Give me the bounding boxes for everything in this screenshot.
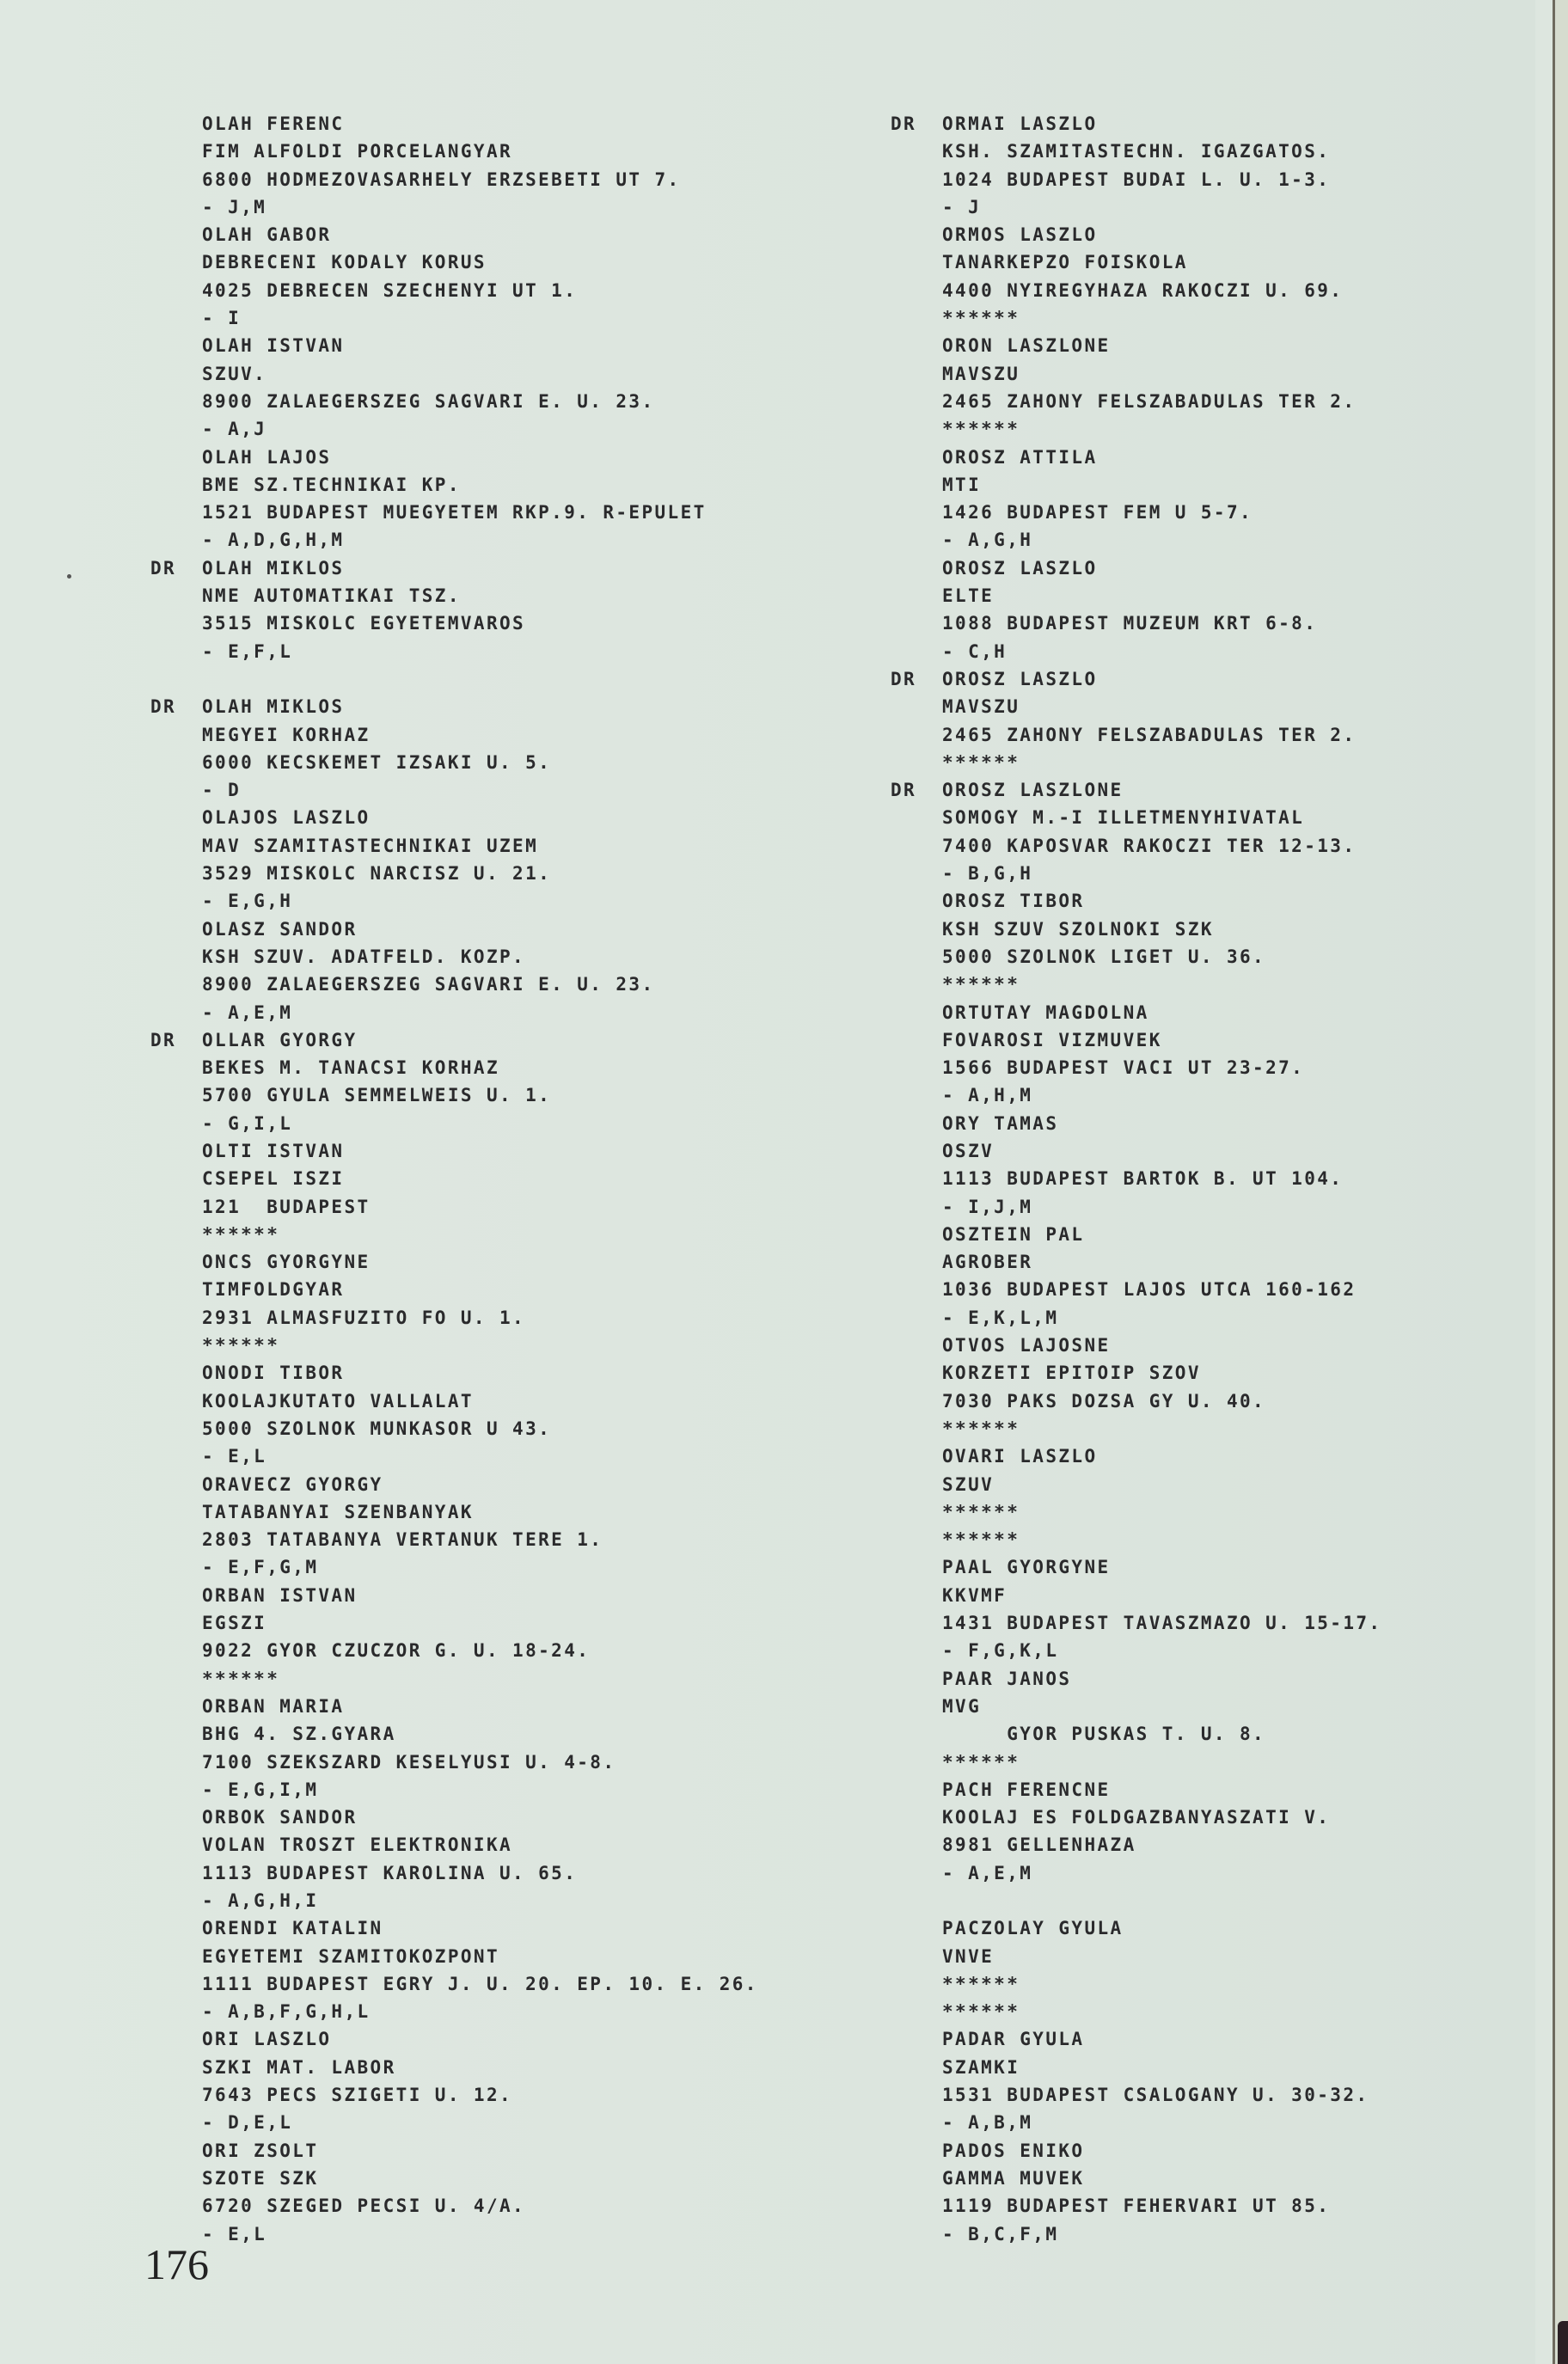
entry-name-line: OSZTEIN PAL (891, 1221, 1381, 1248)
entry-organization-line: FOVAROSI VIZMUVEK (891, 1026, 1381, 1054)
entry-organization-line: KSH SZUV SZOLNOKI SZK (891, 916, 1381, 943)
entry-codes: - A,B,M (942, 2109, 1032, 2136)
entry-codes: - A,E,M (942, 1859, 1032, 1887)
entry-organization: TIMFOLDGYAR (202, 1276, 344, 1303)
entry-address-line: 1426 BUDAPEST FEM U 5-7. (891, 499, 1381, 526)
entry-address-line: 4400 NYIREGYHAZA RAKOCZI U. 69. (891, 277, 1381, 304)
entry-codes-line: ****** (150, 1221, 758, 1248)
title-prefix: DR (891, 776, 942, 804)
entry-organization-line: TANARKEPZO FOISKOLA (891, 248, 1381, 276)
entry-name: OLAH MIKLOS (202, 693, 344, 720)
entry-organization: KSH SZUV SZOLNOKI SZK (942, 916, 1214, 943)
entry-address: 8900 ZALAEGERSZEG SAGVARI E. U. 23. (202, 971, 655, 998)
directory-entry: OLAH FERENCFIM ALFOLDI PORCELANGYAR6800 … (150, 110, 758, 221)
entry-organization-line: VOLAN TROSZT ELEKTRONIKA (150, 1831, 758, 1859)
directory-entry: OTVOS LAJOSNEKORZETI EPITOIP SZOV7030 PA… (891, 1332, 1381, 1442)
directory-entry: OSZTEIN PALAGROBER1036 BUDAPEST LAJOS UT… (891, 1221, 1381, 1332)
directory-entry: OROSZ TIBORKSH SZUV SZOLNOKI SZK5000 SZO… (891, 887, 1381, 998)
entry-organization: BHG 4. SZ.GYARA (202, 1720, 396, 1748)
entry-name: ORI ZSOLT (202, 2137, 318, 2165)
entry-name-line: OLAJOS LASZLO (150, 804, 758, 831)
entry-address: 2931 ALMASFUZITO FO U. 1. (202, 1304, 525, 1332)
entry-codes-line: ****** (150, 1332, 758, 1359)
entry-name-line: ORBAN ISTVAN (150, 1582, 758, 1609)
entry-address: 5700 GYULA SEMMELWEIS U. 1. (202, 1081, 551, 1109)
entry-organization: VNVE (942, 1943, 994, 1970)
entry-codes-line: - E,G,I,M (150, 1776, 758, 1804)
entry-organization: KSH. SZAMITASTECHN. IGAZGATOS. (942, 138, 1330, 165)
directory-entry: PACZOLAY GYULAVNVE************ (891, 1914, 1381, 2025)
entry-organization: ELTE (942, 582, 994, 609)
entry-name: PAAR JANOS (942, 1665, 1071, 1693)
entry-codes-line: ****** (891, 1749, 1381, 1776)
directory-entry: ORI ZSOLTSZOTE SZK6720 SZEGED PECSI U. 4… (150, 2137, 758, 2248)
entry-name: ORBAN MARIA (202, 1693, 344, 1720)
entry-address-line: 5000 SZOLNOK MUNKASOR U 43. (150, 1415, 758, 1442)
entry-address: 1036 BUDAPEST LAJOS UTCA 160-162 (942, 1276, 1356, 1303)
directory-entry: PADOS ENIKOGAMMA MUVEK1119 BUDAPEST FEHE… (891, 2137, 1381, 2248)
entry-address-line: 6000 KECSKEMET IZSAKI U. 5. (150, 749, 758, 776)
entry-address: 2465 ZAHONY FELSZABADULAS TER 2. (942, 388, 1356, 415)
entry-address: 7400 KAPOSVAR RAKOCZI TER 12-13. (942, 832, 1356, 860)
entry-name: ORBAN ISTVAN (202, 1582, 358, 1609)
entry-address: 1521 BUDAPEST MUEGYETEM RKP.9. R-EPULET (202, 499, 707, 526)
entry-name: OROSZ ATTILA (942, 444, 1098, 471)
directory-entry: ORTUTAY MAGDOLNAFOVAROSI VIZMUVEK1566 BU… (891, 999, 1381, 1110)
entry-name: ONODI TIBOR (202, 1359, 344, 1387)
entry-name-line: ORY TAMAS (891, 1110, 1381, 1137)
entry-name-line: OLAH ISTVAN (150, 332, 758, 359)
entry-address-line: 5700 GYULA SEMMELWEIS U. 1. (150, 1081, 758, 1109)
entry-organization-line: TATABANYAI SZENBANYAK (150, 1498, 758, 1526)
entry-address: 2803 TATABANYA VERTANUK TERE 1. (202, 1526, 603, 1553)
entry-codes-line: - E,L (150, 1442, 758, 1470)
entry-codes: - G,I,L (202, 1110, 292, 1137)
entry-name: ORENDI KATALIN (202, 1914, 383, 1942)
entry-address-line: 1111 BUDAPEST EGRY J. U. 20. EP. 10. E. … (150, 1970, 758, 1998)
entry-name: OLAJOS LASZLO (202, 804, 371, 831)
directory-entry: ORI LASZLOSZKI MAT. LABOR7643 PECS SZIGE… (150, 2025, 758, 2136)
entry-codes-line: - B,C,F,M (891, 2220, 1381, 2248)
entry-organization: GAMMA MUVEK (942, 2165, 1084, 2192)
entry-codes-line: ****** (891, 1526, 1381, 1553)
entry-address-line: 7030 PAKS DOZSA GY U. 40. (891, 1387, 1381, 1415)
entry-organization-line: MAVSZU (891, 693, 1381, 720)
entry-codes-line: - I (150, 304, 758, 332)
entry-organization-line: TIMFOLDGYAR (150, 1276, 758, 1303)
entry-organization-line: SOMOGY M.-I ILLETMENYHIVATAL (891, 804, 1381, 831)
entry-codes: - E,G,I,M (202, 1776, 318, 1804)
entry-name-line: OTVOS LAJOSNE (891, 1332, 1381, 1359)
entry-address: 2465 ZAHONY FELSZABADULAS TER 2. (942, 721, 1356, 749)
entry-organization-line: SZOTE SZK (150, 2165, 758, 2192)
stray-mark (67, 574, 71, 579)
directory-entry: OLTI ISTVANCSEPEL ISZI121 BUDAPEST****** (150, 1137, 758, 1248)
entry-organization-line: FIM ALFOLDI PORCELANGYAR (150, 138, 758, 165)
entry-organization-line: MAV SZAMITASTECHNIKAI UZEM (150, 832, 758, 860)
entry-organization: MAV SZAMITASTECHNIKAI UZEM (202, 832, 538, 860)
entry-organization: EGSZI (202, 1609, 266, 1637)
entry-name-line: ORENDI KATALIN (150, 1914, 758, 1942)
entry-codes: ****** (942, 1998, 1020, 2025)
entry-organization-line: SZAMKI (891, 2054, 1381, 2081)
entry-address: 8900 ZALAEGERSZEG SAGVARI E. U. 23. (202, 388, 655, 415)
entry-codes-line: - E,L (150, 2220, 758, 2248)
entry-codes-line: - A,E,M (891, 1859, 1381, 1887)
directory-entry: OLAH GABORDEBRECENI KODALY KORUS4025 DEB… (150, 221, 758, 332)
entry-codes-line: - D (150, 776, 758, 804)
directory-entry: ORBOK SANDORVOLAN TROSZT ELEKTRONIKA1113… (150, 1804, 758, 1914)
entry-codes: ****** (942, 415, 1020, 443)
entry-name-line: PACH FERENCNE (891, 1776, 1381, 1804)
entry-name-line: PACZOLAY GYULA (891, 1914, 1381, 1942)
entry-codes: - B,G,H (942, 860, 1032, 887)
entry-address-line: 1566 BUDAPEST VACI UT 23-27. (891, 1054, 1381, 1081)
entry-name: PACH FERENCNE (942, 1776, 1111, 1804)
entry-organization: TATABANYAI SZENBANYAK (202, 1498, 474, 1526)
entry-codes-line: - C,H (891, 638, 1381, 665)
directory-entry: ORON LASZLONEMAVSZU2465 ZAHONY FELSZABAD… (891, 332, 1381, 443)
entry-name-line: DROLAH MIKLOS (150, 693, 758, 720)
entry-address-line: 7400 KAPOSVAR RAKOCZI TER 12-13. (891, 832, 1381, 860)
entry-name: ORAVECZ GYORGY (202, 1471, 383, 1498)
title-prefix: DR (150, 693, 202, 720)
entry-organization: TANARKEPZO FOISKOLA (942, 248, 1188, 276)
entry-codes: ****** (942, 304, 1020, 332)
directory-entry: ORBAN ISTVANEGSZI9022 GYOR CZUCZOR G. U.… (150, 1582, 758, 1693)
entry-organization-line: BME SZ.TECHNIKAI KP. (150, 471, 758, 499)
entry-address-line: 6720 SZEGED PECSI U. 4/A. (150, 2192, 758, 2220)
entry-codes-line: - A,H,M (891, 1081, 1381, 1109)
entry-codes: - C,H (942, 638, 1007, 665)
entry-organization-line: SZUV (891, 1471, 1381, 1498)
entry-address: 1431 BUDAPEST TAVASZMAZO U. 15-17. (942, 1609, 1381, 1637)
entry-organization: MEGYEI KORHAZ (202, 721, 371, 749)
entry-address-line: 4025 DEBRECEN SZECHENYI UT 1. (150, 277, 758, 304)
entry-name-line: OLAH FERENC (150, 110, 758, 138)
directory-entry: OROSZ LASZLOELTE1088 BUDAPEST MUZEUM KRT… (891, 554, 1381, 665)
entry-address: 1024 BUDAPEST BUDAI L. U. 1-3. (942, 166, 1330, 193)
entry-name: OLASZ SANDOR (202, 916, 358, 943)
entry-organization-line: KOOLAJKUTATO VALLALAT (150, 1387, 758, 1415)
entry-codes-line: - A,J (150, 415, 758, 443)
entry-codes-line: ****** (891, 749, 1381, 776)
entry-name-line: ONODI TIBOR (150, 1359, 758, 1387)
entry-codes-line: - G,I,L (150, 1110, 758, 1137)
entry-address-line: 1531 BUDAPEST CSALOGANY U. 30-32. (891, 2081, 1381, 2109)
entry-codes: ****** (942, 1415, 1020, 1442)
entry-codes: ****** (202, 1332, 279, 1359)
entry-address: 4400 NYIREGYHAZA RAKOCZI U. 69. (942, 277, 1343, 304)
entry-name: OTVOS LAJOSNE (942, 1332, 1111, 1359)
entry-address-line: 1088 BUDAPEST MUZEUM KRT 6-8. (891, 609, 1381, 637)
entry-codes-line: - A,D,G,H,M (150, 526, 758, 554)
entry-organization: BME SZ.TECHNIKAI KP. (202, 471, 461, 499)
entry-name-line: DROROSZ LASZLO (891, 665, 1381, 693)
entry-address-line: 8900 ZALAEGERSZEG SAGVARI E. U. 23. (150, 971, 758, 998)
entry-codes-line: - B,G,H (891, 860, 1381, 887)
entry-address: 1566 BUDAPEST VACI UT 23-27. (942, 1054, 1304, 1081)
entry-address: ****** (942, 1970, 1020, 1998)
entry-codes: ****** (202, 1221, 279, 1248)
directory-entry: PADAR GYULASZAMKI1531 BUDAPEST CSALOGANY… (891, 2025, 1381, 2136)
entry-address: 1088 BUDAPEST MUZEUM KRT 6-8. (942, 609, 1317, 637)
entry-codes-line: - A,G,H (891, 526, 1381, 554)
directory-entry: ORENDI KATALINEGYETEMI SZAMITOKOZPONT111… (150, 1914, 758, 2025)
title-prefix: DR (150, 1026, 202, 1054)
entry-codes: - A,J (202, 415, 266, 443)
directory-entry: DROLLAR GYORGYBEKES M. TANACSI KORHAZ570… (150, 1026, 758, 1137)
entry-organization-line: AGROBER (891, 1248, 1381, 1276)
entry-codes-line: - A,B,M (891, 2109, 1381, 2136)
entry-name-line: ORON LASZLONE (891, 332, 1381, 359)
entry-codes: - A,H,M (942, 1081, 1032, 1109)
entry-codes: - A,B,F,G,H,L (202, 1998, 371, 2025)
entry-codes-line: - E,F,G,M (150, 1553, 758, 1581)
entry-address: 5000 SZOLNOK LIGET U. 36. (942, 943, 1265, 971)
right-column-entries: DRORMAI LASZLOKSH. SZAMITASTECHN. IGAZGA… (891, 110, 1381, 2248)
entry-address-line: 1113 BUDAPEST KAROLINA U. 65. (150, 1859, 758, 1887)
entry-organization-line: MTI (891, 471, 1381, 499)
entry-codes: ****** (942, 1526, 1020, 1553)
entry-codes-line: ****** (891, 971, 1381, 998)
entry-address: 1119 BUDAPEST FEHERVARI UT 85. (942, 2192, 1330, 2220)
entry-codes-line: - A,G,H,I (150, 1887, 758, 1914)
entry-address: 1426 BUDAPEST FEM U 5-7. (942, 499, 1253, 526)
entry-codes: - I (202, 304, 241, 332)
entry-codes-line: - E,G,H (150, 887, 758, 915)
entry-codes: - F,G,K,L (942, 1637, 1058, 1664)
entry-address: 6000 KECSKEMET IZSAKI U. 5. (202, 749, 551, 776)
entry-name-line: DROROSZ LASZLONE (891, 776, 1381, 804)
entry-address-line: 2803 TATABANYA VERTANUK TERE 1. (150, 1526, 758, 1553)
entry-name-line: OROSZ TIBOR (891, 887, 1381, 915)
entry-organization: VOLAN TROSZT ELEKTRONIKA (202, 1831, 512, 1859)
entry-codes: - E,G,H (202, 887, 292, 915)
page-number: 176 (144, 2239, 209, 2289)
entry-address-line: 5000 SZOLNOK LIGET U. 36. (891, 943, 1381, 971)
entry-name-line: ORBOK SANDOR (150, 1804, 758, 1831)
directory-entry: DROLAH MIKLOSNME AUTOMATIKAI TSZ.3515 MI… (150, 554, 758, 693)
entry-organization-line: NME AUTOMATIKAI TSZ. (150, 582, 758, 609)
entry-organization: SOMOGY M.-I ILLETMENYHIVATAL (942, 804, 1304, 831)
entry-address: 6720 SZEGED PECSI U. 4/A. (202, 2192, 525, 2220)
directory-entry: DRORMAI LASZLOKSH. SZAMITASTECHN. IGAZGA… (891, 110, 1381, 221)
entry-name: ORMAI LASZLO (942, 110, 1098, 138)
entry-name: OLTI ISTVAN (202, 1137, 344, 1165)
entry-gap (891, 1887, 1381, 1914)
entry-name-line: OLASZ SANDOR (150, 916, 758, 943)
entry-organization: FOVAROSI VIZMUVEK (942, 1026, 1162, 1054)
entry-codes-line: - I,J,M (891, 1193, 1381, 1221)
entry-organization-line: BEKES M. TANACSI KORHAZ (150, 1054, 758, 1081)
entry-codes-line: ****** (150, 1665, 758, 1693)
entry-gap (150, 665, 758, 693)
entry-organization-line: OSZV (891, 1137, 1381, 1165)
directory-entry: PAAR JANOSMVG GYOR PUSKAS T. U. 8.****** (891, 1665, 1381, 1776)
entry-codes: ****** (942, 971, 1020, 998)
entry-name: OVARI LASZLO (942, 1442, 1098, 1470)
entry-organization: KORZETI EPITOIP SZOV (942, 1359, 1201, 1387)
entry-name: OLAH ISTVAN (202, 332, 344, 359)
entry-codes: - B,C,F,M (942, 2220, 1058, 2248)
directory-entry: ORBAN MARIABHG 4. SZ.GYARA7100 SZEKSZARD… (150, 1693, 758, 1804)
entry-name: PACZOLAY GYULA (942, 1914, 1124, 1942)
directory-entry: DROLAH MIKLOSMEGYEI KORHAZ6000 KECSKEMET… (150, 693, 758, 804)
entry-address-line: 1119 BUDAPEST FEHERVARI UT 85. (891, 2192, 1381, 2220)
entry-address-line: GYOR PUSKAS T. U. 8. (891, 1720, 1381, 1748)
entry-organization-line: EGYETEMI SZAMITOKOZPONT (150, 1943, 758, 1970)
entry-address-line: 1036 BUDAPEST LAJOS UTCA 160-162 (891, 1276, 1381, 1303)
entry-address-line: 7100 SZEKSZARD KESELYUSI U. 4-8. (150, 1749, 758, 1776)
entry-codes-line: - E,F,L (150, 638, 758, 665)
entry-name-line: OROSZ LASZLO (891, 554, 1381, 582)
entry-codes: ****** (942, 1749, 1020, 1776)
entry-name: OROSZ LASZLONE (942, 776, 1124, 804)
entry-name: OROSZ TIBOR (942, 887, 1084, 915)
directory-entry: PAAL GYORGYNEKKVMF1431 BUDAPEST TAVASZMA… (891, 1553, 1381, 1664)
entry-organization: MTI (942, 471, 981, 499)
entry-codes: - E,L (202, 2220, 266, 2248)
entry-codes-line: - A,E,M (150, 999, 758, 1026)
title-prefix: DR (891, 110, 942, 138)
entry-name-line: DROLLAR GYORGY (150, 1026, 758, 1054)
entry-codes-line: ****** (891, 415, 1381, 443)
entry-organization: BEKES M. TANACSI KORHAZ (202, 1054, 499, 1081)
entry-address-line: 6800 HODMEZOVASARHELY ERZSEBETI UT 7. (150, 166, 758, 193)
entry-organization: EGYETEMI SZAMITOKOZPONT (202, 1943, 499, 1970)
entry-organization-line: KSH SZUV. ADATFELD. KOZP. (150, 943, 758, 971)
directory-entry: OROSZ ATTILAMTI1426 BUDAPEST FEM U 5-7.-… (891, 444, 1381, 554)
entry-organization: SZUV. (202, 360, 266, 388)
entry-codes: - A,G,H,I (202, 1887, 318, 1914)
entry-name: ORBOK SANDOR (202, 1804, 358, 1831)
entry-name: ORON LASZLONE (942, 332, 1111, 359)
entry-address: 4025 DEBRECEN SZECHENYI UT 1. (202, 277, 577, 304)
left-column-entries: OLAH FERENCFIM ALFOLDI PORCELANGYAR6800 … (150, 110, 758, 2248)
entry-organization-line: MEGYEI KORHAZ (150, 721, 758, 749)
entry-address-line: 2931 ALMASFUZITO FO U. 1. (150, 1304, 758, 1332)
entry-address-line: ****** (891, 1498, 1381, 1526)
entry-organization-line: EGSZI (150, 1609, 758, 1637)
directory-entry: DROROSZ LASZLOMAVSZU2465 ZAHONY FELSZABA… (891, 665, 1381, 776)
entry-codes: - E,F,L (202, 638, 292, 665)
entry-name: OROSZ LASZLO (942, 665, 1098, 693)
entry-name-line: ORAVECZ GYORGY (150, 1471, 758, 1498)
entry-address: 1531 BUDAPEST CSALOGANY U. 30-32. (942, 2081, 1369, 2109)
entry-address-line: 3529 MISKOLC NARCISZ U. 21. (150, 860, 758, 887)
entry-codes-line: - A,B,F,G,H,L (150, 1998, 758, 2025)
entry-organization-line: VNVE (891, 1943, 1381, 1970)
entry-name: PAAL GYORGYNE (942, 1553, 1111, 1581)
entry-name: OLLAR GYORGY (202, 1026, 358, 1054)
entry-codes-line: ****** (891, 1415, 1381, 1442)
entry-address-line: 121 BUDAPEST (150, 1193, 758, 1221)
entry-address: 7643 PECS SZIGETI U. 12. (202, 2081, 512, 2109)
entry-address-line: 8900 ZALAEGERSZEG SAGVARI E. U. 23. (150, 388, 758, 415)
entry-name: PADOS ENIKO (942, 2137, 1084, 2165)
entry-organization: SZKI MAT. LABOR (202, 2054, 396, 2081)
entry-organization: MAVSZU (942, 693, 1020, 720)
entry-name-line: DROLAH MIKLOS (150, 554, 758, 582)
entry-codes: - J (942, 193, 981, 221)
entry-name: ORMOS LASZLO (942, 221, 1098, 248)
entry-name: ORI LASZLO (202, 2025, 331, 2053)
entry-name-line: ORI ZSOLT (150, 2137, 758, 2165)
entry-name-line: ORBAN MARIA (150, 1693, 758, 1720)
entry-organization-line: CSEPEL ISZI (150, 1165, 758, 1192)
entry-organization: AGROBER (942, 1248, 1032, 1276)
directory-entry: ONCS GYORGYNETIMFOLDGYAR2931 ALMASFUZITO… (150, 1248, 758, 1359)
entry-organization-line: SZKI MAT. LABOR (150, 2054, 758, 2081)
entry-address-line: 1431 BUDAPEST TAVASZMAZO U. 15-17. (891, 1609, 1381, 1637)
entry-name-line: PAAL GYORGYNE (891, 1553, 1381, 1581)
directory-entry: ORMOS LASZLOTANARKEPZO FOISKOLA4400 NYIR… (891, 221, 1381, 332)
entry-name: PADAR GYULA (942, 2025, 1084, 2053)
entry-organization-line: MVG (891, 1693, 1381, 1720)
entry-organization: MAVSZU (942, 360, 1020, 388)
entry-organization: SZOTE SZK (202, 2165, 318, 2192)
entry-name: OSZTEIN PAL (942, 1221, 1084, 1248)
directory-entry: DROROSZ LASZLONESOMOGY M.-I ILLETMENYHIV… (891, 776, 1381, 887)
entry-address: 121 BUDAPEST (202, 1193, 371, 1221)
entry-name: ORY TAMAS (942, 1110, 1058, 1137)
entry-organization-line: BHG 4. SZ.GYARA (150, 1720, 758, 1748)
entry-organization-line: DEBRECENI KODALY KORUS (150, 248, 758, 276)
entry-codes-line: - E,K,L,M (891, 1304, 1381, 1332)
entry-codes-line: - J,M (150, 193, 758, 221)
entry-codes: - A,D,G,H,M (202, 526, 344, 554)
entry-address-line: 9022 GYOR CZUCZOR G. U. 18-24. (150, 1637, 758, 1664)
entry-codes-line: ****** (891, 304, 1381, 332)
entry-address: 1113 BUDAPEST BARTOK B. UT 104. (942, 1165, 1343, 1192)
entry-organization: KKVMF (942, 1582, 1007, 1609)
entry-codes-line: - D,E,L (150, 2109, 758, 2136)
entry-organization-line: ELTE (891, 582, 1381, 609)
entry-organization: NME AUTOMATIKAI TSZ. (202, 582, 461, 609)
entry-organization-line: KKVMF (891, 1582, 1381, 1609)
entry-address: 6800 HODMEZOVASARHELY ERZSEBETI UT 7. (202, 166, 681, 193)
entry-codes: - A,E,M (202, 999, 292, 1026)
title-prefix: DR (150, 554, 202, 582)
entry-name-line: OLTI ISTVAN (150, 1137, 758, 1165)
entry-name-line: OROSZ ATTILA (891, 444, 1381, 471)
directory-entry: ORAVECZ GYORGYTATABANYAI SZENBANYAK2803 … (150, 1471, 758, 1582)
entry-address-line: 7643 PECS SZIGETI U. 12. (150, 2081, 758, 2109)
entry-name: ORTUTAY MAGDOLNA (942, 999, 1149, 1026)
entry-address: ****** (942, 1498, 1020, 1526)
directory-entry: OLAH ISTVANSZUV.8900 ZALAEGERSZEG SAGVAR… (150, 332, 758, 443)
entry-address: GYOR PUSKAS T. U. 8. (942, 1720, 1265, 1748)
entry-codes-line: - F,G,K,L (891, 1637, 1381, 1664)
entry-organization-line: KSH. SZAMITASTECHN. IGAZGATOS. (891, 138, 1381, 165)
entry-organization: FIM ALFOLDI PORCELANGYAR (202, 138, 512, 165)
entry-codes: ****** (202, 1665, 279, 1693)
entry-address: 7030 PAKS DOZSA GY U. 40. (942, 1387, 1265, 1415)
directory-entry: OLAH LAJOSBME SZ.TECHNIKAI KP.1521 BUDAP… (150, 444, 758, 554)
directory-entry: OLAJOS LASZLOMAV SZAMITASTECHNIKAI UZEM3… (150, 804, 758, 915)
entry-address-line: 2465 ZAHONY FELSZABADULAS TER 2. (891, 721, 1381, 749)
entry-organization-line: SZUV. (150, 360, 758, 388)
entry-name-line: OLAH GABOR (150, 221, 758, 248)
directory-entry: OLASZ SANDORKSH SZUV. ADATFELD. KOZP.890… (150, 916, 758, 1026)
entry-organization: KOOLAJ ES FOLDGAZBANYASZATI V. (942, 1804, 1330, 1831)
entry-name-line: PADOS ENIKO (891, 2137, 1381, 2165)
entry-organization: OSZV (942, 1137, 994, 1165)
entry-name: OROSZ LASZLO (942, 554, 1098, 582)
entry-organization-line: MAVSZU (891, 360, 1381, 388)
entry-name: OLAH GABOR (202, 221, 331, 248)
